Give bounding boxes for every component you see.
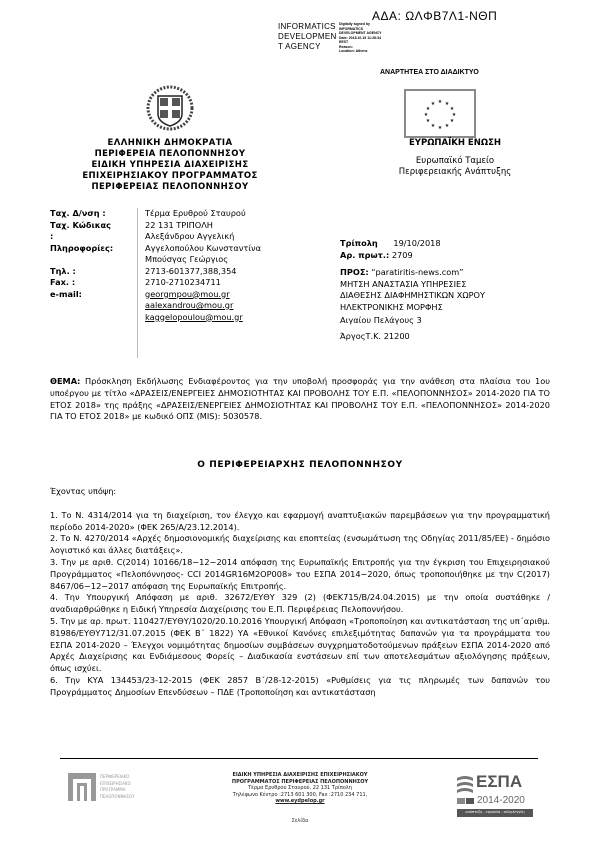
recipient-line: ΔΙΑΘΕΣΗΣ ΔΙΑΦΗΜΗΣΤΙΚΩΝ ΧΩΡΟΥ — [340, 290, 570, 302]
place-label: Τρίπολη — [340, 238, 378, 248]
eu-title: ΕΥΡΩΠΑΪΚΗ ΕΝΩΣΗ — [380, 138, 530, 149]
svg-text:★: ★ — [438, 125, 443, 131]
espa-tagline: ανάπτυξη - εργασία - αλληλεγγύη — [459, 810, 531, 814]
intro-text: Έχοντας υπόψη: — [50, 486, 550, 498]
label-fax: Fax. : — [50, 277, 130, 289]
sig-detail: Location: Athens — [339, 49, 381, 54]
header-line: ΕΛΛΗΝΙΚΗ ΔΗΜΟΚΡΑΤΙΑ — [40, 138, 300, 149]
header-line: ΠΕΡΙΦΕΡΕΙΑ ΠΕΛΟΠΟΝΝΗΣΟΥ — [40, 149, 300, 160]
header-line: ΕΙΔΙΚΗ ΥΠΗΡΕΣΙΑ ΔΙΑΧΕΙΡΙΣΗΣ — [40, 160, 300, 171]
protocol-number: 2709 — [392, 250, 413, 260]
document-title: Ο ΠΕΡΙΦΕΡΕΙΑΡΧΗΣ ΠΕΛΟΠΟΝΝΗΣΟΥ — [40, 460, 560, 470]
svg-text:★: ★ — [431, 101, 436, 107]
svg-text:★: ★ — [424, 112, 429, 118]
espa-logo: ΕΣΠΑ 2014-2020 ανάπτυξη - εργασία - αλλη… — [455, 772, 535, 820]
subject-paragraph: ΘΕΜΑ: Πρόσκληση Εκδήλωσης Ενδιαφέροντος … — [50, 376, 550, 423]
label-info: Πληροφορίες: — [50, 243, 130, 255]
greek-emblem-icon — [145, 84, 195, 132]
contact-person: Αγγελοπούλου Κωνσταντίνα — [145, 243, 315, 255]
page-number: Σελίδα — [200, 818, 400, 824]
contact-labels: Ταχ. Δ/νση : Ταχ. Κώδικας : Πληροφορίες:… — [50, 208, 130, 300]
subject-text: Πρόσκληση Εκδήλωσης Ενδιαφέροντος για τη… — [50, 376, 550, 421]
recipient-line: Αιγαίου Πελάγους 3 — [340, 315, 570, 327]
address-value: Τέρμα Ερυθρού Σταυρού — [145, 208, 315, 220]
svg-text:★: ★ — [438, 99, 443, 105]
svg-text:★: ★ — [450, 118, 455, 124]
list-item: 1. Το Ν. 4314/2014 για τη διαχείριση, το… — [50, 510, 550, 534]
email-link[interactable]: aalexandrou@mou.gr — [145, 300, 233, 310]
svg-text:★: ★ — [431, 123, 436, 129]
fund-line: Ευρωπαϊκό Ταμείο — [380, 156, 530, 167]
sig-line: INFORMATICS — [278, 22, 337, 32]
email-link[interactable]: georgmpou@mou.gr — [145, 289, 230, 299]
fax-value: 2710-2710234711 — [145, 277, 315, 289]
label-postal-code: Ταχ. Κώδικας — [50, 220, 130, 232]
label-phone: Τηλ. : — [50, 266, 130, 278]
svg-text:★: ★ — [445, 123, 450, 129]
list-item: 3. Την με αριθ. C(2014) 10166/18−12−2014… — [50, 557, 550, 592]
issuing-authority-header: ΕΛΛΗΝΙΚΗ ΔΗΜΟΚΡΑΤΙΑ ΠΕΡΙΦΕΡΕΙΑ ΠΕΛΟΠΟΝΝΗ… — [40, 138, 300, 193]
sig-detail: DEVELOPMENT AGENCY — [339, 31, 381, 36]
digital-signature-details: Digitally signed by INFORMATICS DEVELOPM… — [339, 22, 381, 54]
recipient-block: Τρίπολη 19/10/2018 Αρ. πρωτ.: 2709 ΠΡΟΣ:… — [340, 238, 570, 342]
email-link[interactable]: kaggelopoulou@mou.gr — [145, 312, 243, 322]
espa-title: ΕΣΠΑ — [476, 772, 522, 792]
website-link[interactable]: www.eydpelop.gr — [275, 798, 324, 804]
label-address: Ταχ. Δ/νση : — [50, 208, 130, 220]
list-item: 2. Το Ν. 4270/2014 «Αρχές δημοσιονομικής… — [50, 533, 550, 557]
regional-program-logo: ΠΕΡΙΦΕΡΕΙΑΚΟ ΕΠΙΧΕΙΡΗΣΙΑΚΟ ΠΡΟΓΡΑΜΜΑ ΠΕΛ… — [68, 773, 188, 803]
subject-label: ΘΕΜΑ: — [50, 376, 80, 386]
footer-divider — [60, 758, 538, 759]
fund-line: Περιφερειακής Ανάπτυξης — [380, 167, 530, 178]
header-line: ΠΕΡΙΦΕΡΕΙΑΣ ΠΕΛΟΠΟΝΝΗΣΟΥ — [40, 182, 300, 193]
footer-address: ΕΙΔΙΚΗ ΥΠΗΡΕΣΙΑ ΔΙΑΧΕΙΡΙΣΗΣ ΕΠΙΧΕΙΡΗΣΙΑΚ… — [200, 772, 400, 805]
to-value: “paratiritis-news.com” — [371, 267, 463, 277]
recipient-line: ΗΛΕΚΤΡΟΝΙΚΗΣ ΜΟΡΦΗΣ — [340, 302, 570, 314]
posting-note: ΑΝΑΡΤΗΤΕΑ ΣΤΟ ΔΙΑΔΙΚΤΥΟ — [380, 69, 479, 76]
contact-person: Μπούσγας Γεώργιος — [145, 254, 315, 266]
sig-line: DEVELOPMEN — [278, 32, 337, 42]
header-line: ΕΠΙΧΕΙΡΗΣΙΑΚΟΥ ΠΡΟΓΡΑΜΜΑΤΟΣ — [40, 171, 300, 182]
recipient-line: ΆργοςΤ.Κ. 21200 — [340, 331, 570, 343]
document-date: 19/10/2018 — [393, 238, 440, 248]
body-text: Έχοντας υπόψη: 1. Το Ν. 4314/2014 για τη… — [50, 486, 550, 699]
divider — [137, 208, 138, 358]
postal-value: 22 131 ΤΡΙΠΟΛΗ — [145, 220, 315, 232]
to-label: ΠΡΟΣ: — [340, 267, 369, 277]
phone-value: 2713-601377,388,354 — [145, 266, 315, 278]
eu-flag-icon: ★★★★ ★★★★ ★★★★ — [404, 89, 476, 138]
list-item: 6. Την ΚΥΑ 134453/23-12-2015 (ΦΕΚ 2857 Β… — [50, 675, 550, 699]
signature-agency-name: INFORMATICS DEVELOPMEN T AGENCY — [278, 22, 337, 52]
espa-years: 2014-2020 — [477, 795, 525, 806]
eu-header: ΕΥΡΩΠΑΪΚΗ ΕΝΩΣΗ Ευρωπαϊκό Ταμείο Περιφερ… — [380, 138, 530, 178]
contact-values: Τέρμα Ερυθρού Σταυρού 22 131 ΤΡΙΠΟΛΗ Αλε… — [145, 208, 315, 323]
label-blank — [50, 254, 130, 266]
svg-text:★: ★ — [426, 118, 431, 124]
list-item: 5. Την με αρ. πρωτ. 110427/ΕΥΘΥ/1020/20.… — [50, 616, 550, 675]
program-logo-icon — [68, 773, 96, 801]
logo-text: ΠΕΛΟΠΟΝΝΗΣΟΥ — [100, 794, 135, 801]
label-email: e-mail: — [50, 289, 130, 301]
list-item: 4. Την Υπουργική Απόφαση με αριθ. 32672/… — [50, 592, 550, 616]
recipient-line: ΜΗΤΣΗ ΑΝΑΣΤΑΣΙΑ ΥΠΗΡΕΣΙΕΣ — [340, 279, 570, 291]
sig-line: T AGENCY — [278, 42, 337, 52]
protocol-label: Αρ. πρωτ.: — [340, 250, 389, 260]
contact-person: Αλεξάνδρου Αγγελική — [145, 231, 315, 243]
label-colon: : — [50, 231, 130, 243]
ada-code: ΑΔΑ: ΩΛΦΒ7Λ1-ΝΘΠ — [372, 9, 497, 23]
